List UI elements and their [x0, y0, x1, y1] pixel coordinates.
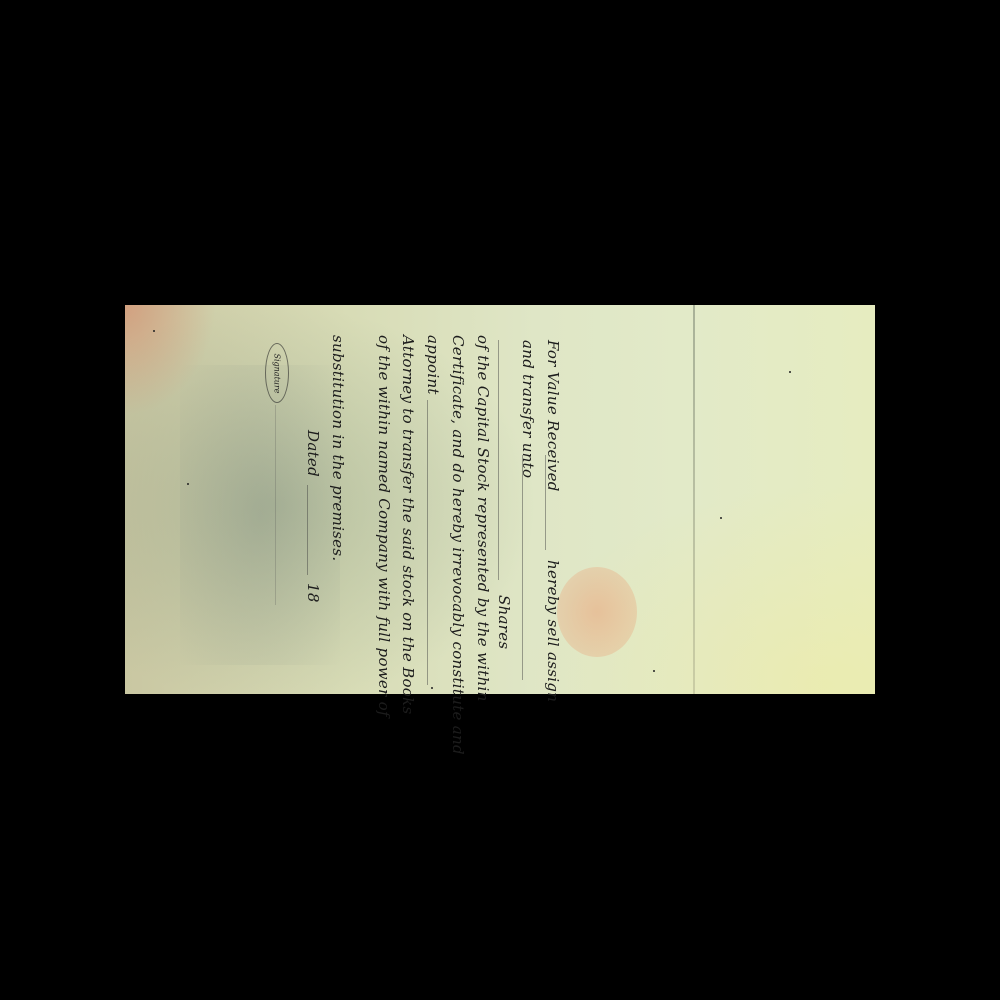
signature-stamp-icon: Signature — [265, 343, 289, 403]
line-certificate: Certificate, and do hereby irrevocably c… — [449, 335, 467, 755]
line-substitution: substitution in the premises. — [329, 335, 347, 561]
line-for-value-received: For Value Received — [544, 340, 562, 492]
signature-line[interactable] — [275, 405, 276, 605]
line-year-prefix: 18 — [304, 583, 322, 603]
blank-line-date[interactable] — [307, 485, 308, 575]
assignment-form: For Value Received hereby sell assign an… — [125, 305, 875, 694]
line-within-named: of the within named Company with full po… — [375, 335, 393, 717]
line-sell-assign: hereby sell assign — [544, 560, 562, 702]
line-dated: Dated — [304, 430, 322, 477]
line-appoint: appoint — [424, 335, 442, 395]
signature-label: Signature — [273, 353, 282, 393]
line-shares: Shares — [495, 595, 513, 649]
blank-line-assignor[interactable] — [545, 455, 546, 550]
line-capital-stock: of the Capital Stock represented by the … — [474, 335, 492, 702]
line-attorney: Attorney to transfer the said stock on t… — [399, 335, 417, 715]
blank-line-share-count[interactable] — [498, 340, 499, 580]
blank-line-attorney[interactable] — [427, 400, 428, 685]
blank-line-transferee[interactable] — [522, 455, 523, 680]
